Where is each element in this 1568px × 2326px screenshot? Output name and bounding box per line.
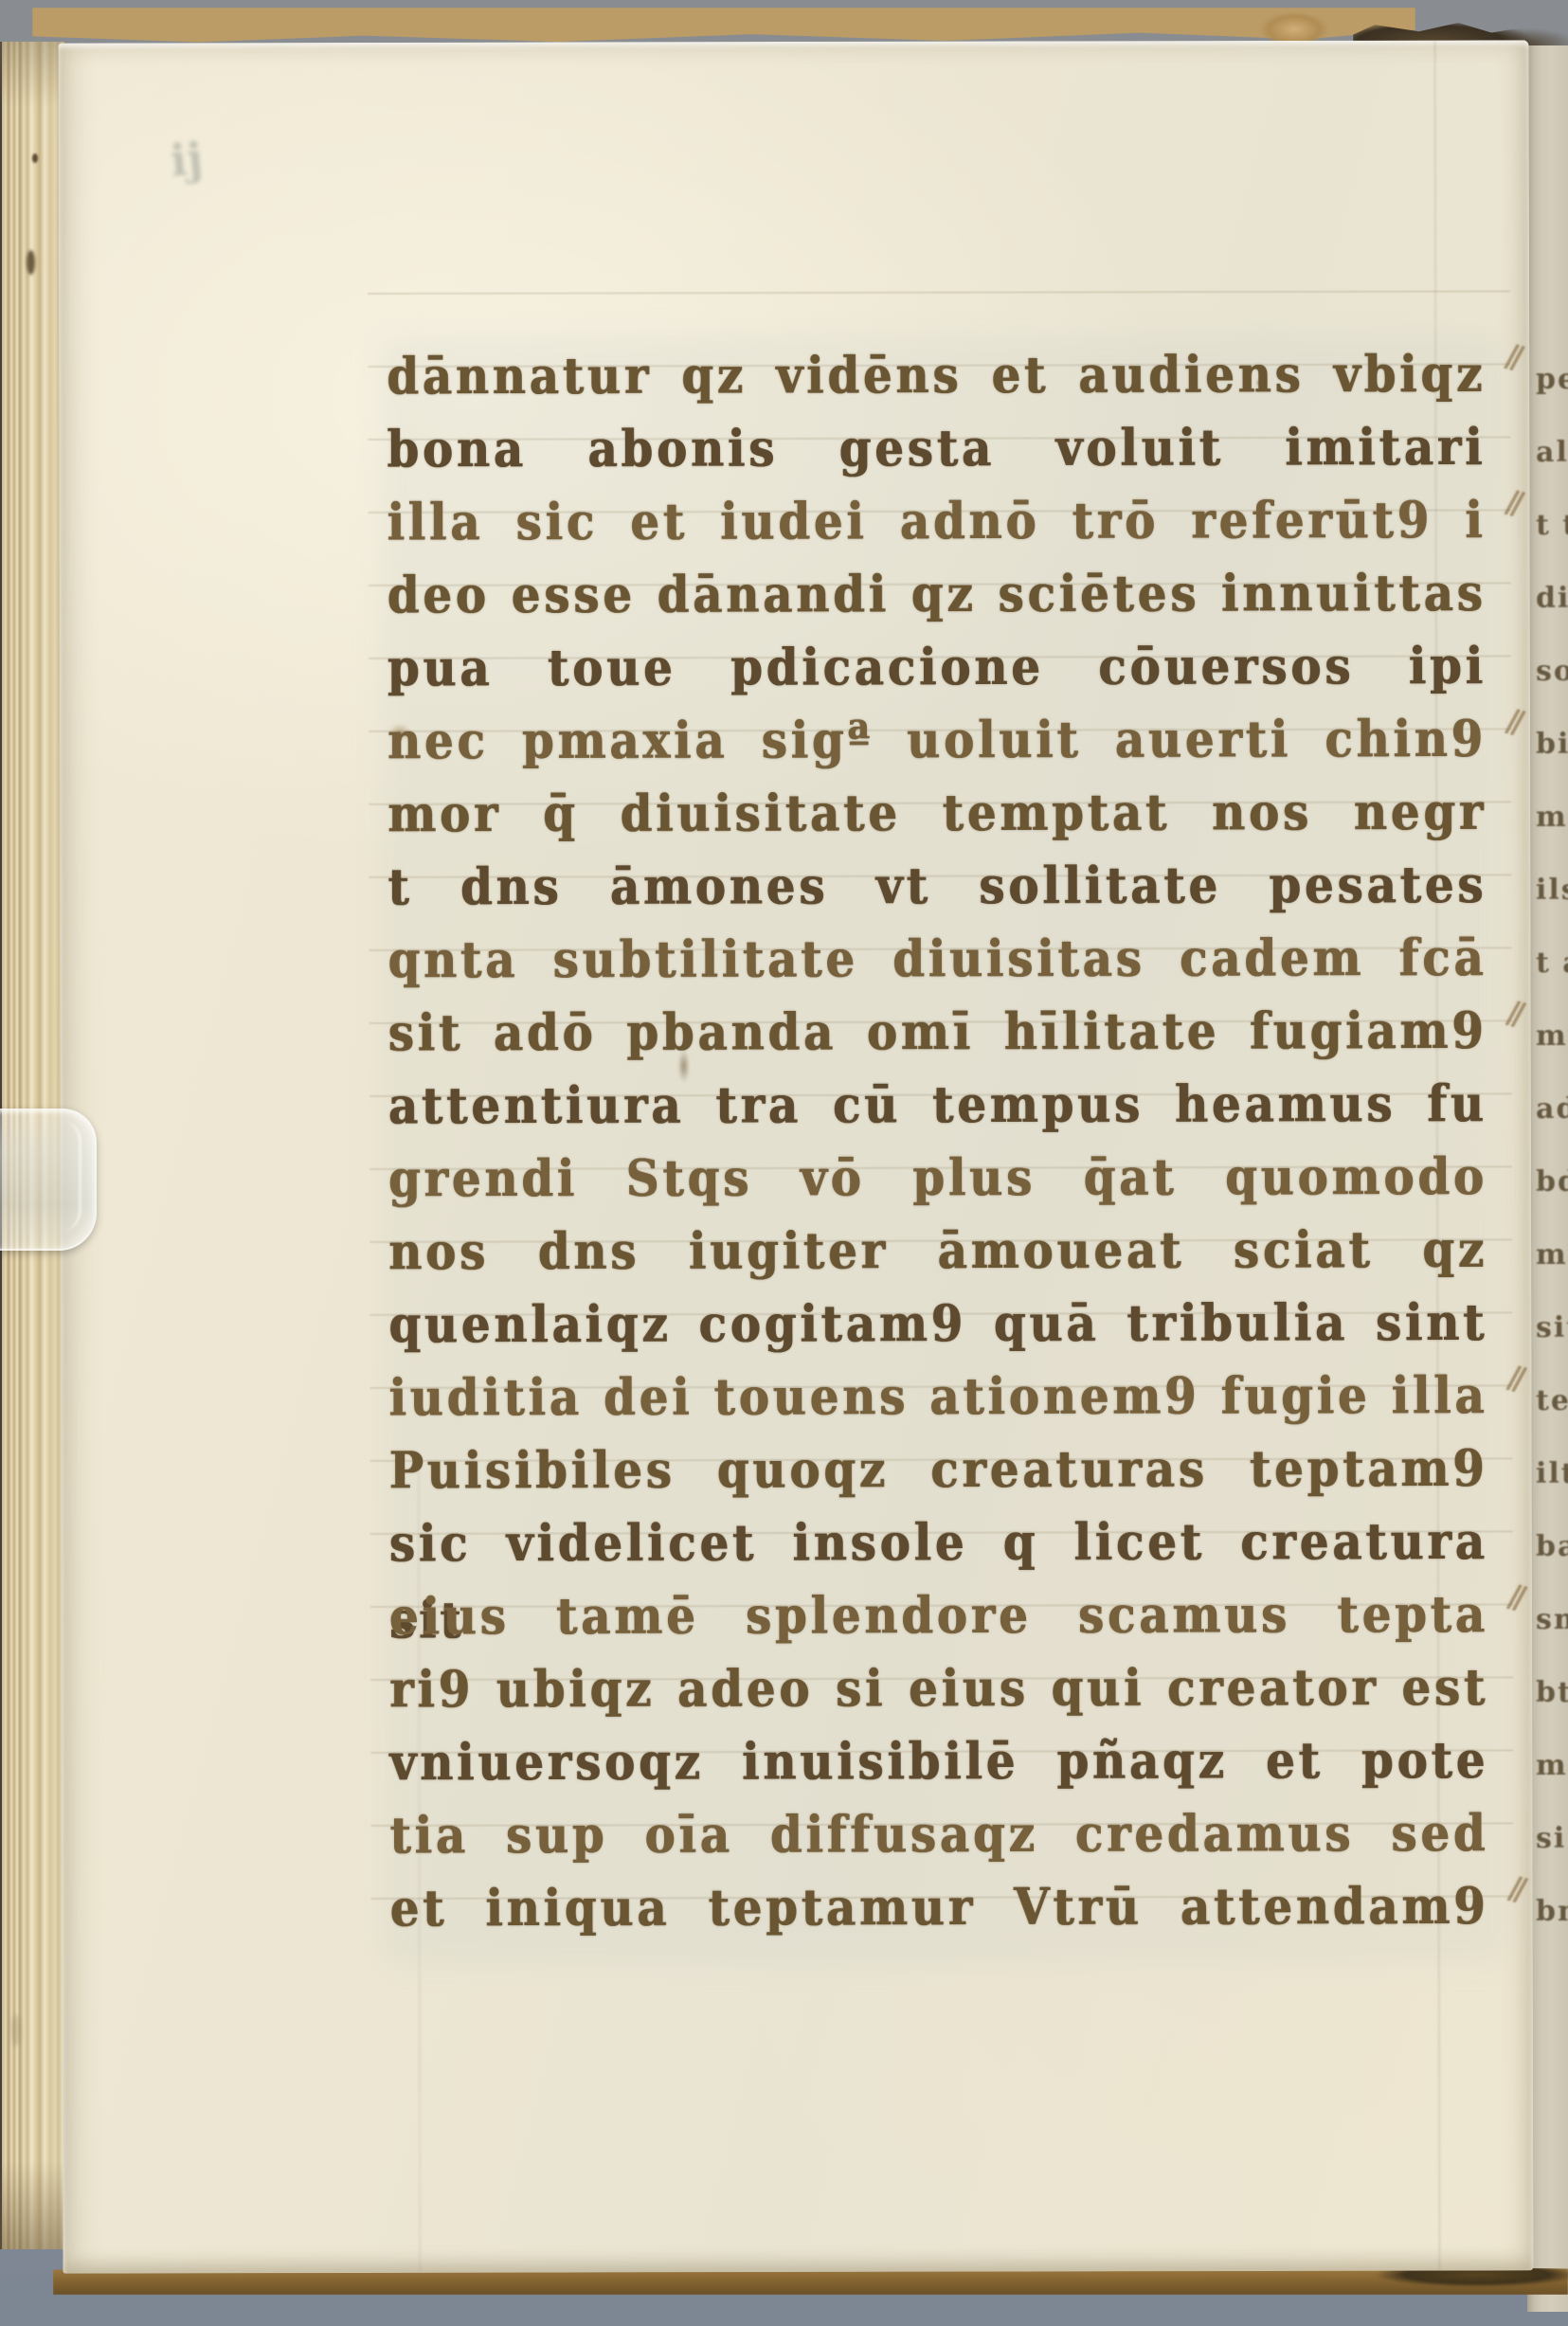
next-leaf-text-fragment: t t [1536,489,1568,562]
next-leaf-text-fragment: mt [1536,1000,1568,1073]
manuscript-line: tia sup oīa diffusaqz credamus sed [389,1795,1488,1880]
next-leaf-text-fragment: te [1536,1364,1568,1437]
ruling-lines [59,40,1529,43]
next-leaf-text-fragment: sm [1536,1583,1568,1656]
next-leaf-text-fragment: din [1536,562,1568,635]
manuscript-line: eius tamē splendore scamus tepta∕∕ [389,1577,1488,1661]
next-leaf-showthrough-text: pealft tdinsobismiilst amtadbdmisitteilt… [1536,343,1568,1948]
next-leaf-text-fragment: so [1536,635,1568,708]
next-leaf-text-fragment: mi [1536,781,1568,854]
next-leaf-text-fragment: ba [1536,1510,1568,1583]
clip-sheen [60,1120,81,1232]
next-leaf-text-fragment: pe [1536,343,1568,416]
manuscript-line: et iniqua teptamur Vtrū attendam9∕∕ [390,1868,1489,1953]
next-leaf-text-fragment: ma [1536,1729,1568,1802]
parchment-page: ij dānnatur qz vidēns et audiens vbiqz∕∕… [59,40,1534,2273]
ruling-line [368,290,1510,295]
next-leaf-text-fragment: t a [1536,927,1568,1000]
manuscript-line: ri9 ubiqz adeo si eius qui creator est [389,1650,1488,1734]
manuscript-line: nec pmaxia sigª uoluit auerti chin9∕∕ [387,701,1487,785]
next-leaf-text-fragment: sit [1536,1291,1568,1364]
manuscript-photo: pealft tdinsobismiilst amtadbdmisitteilt… [0,0,1568,2326]
manuscript-line: pua toue pdicacione cōuersos ipi [387,628,1487,712]
next-leaf-text-fragment: alf [1536,416,1568,489]
next-leaf-text-fragment: si [1536,1802,1568,1875]
manuscript-line: deo esse dānandi qz sciētes innuittas [387,555,1487,640]
manuscript-line: sic videlicet insole q licet creatura si… [389,1504,1488,1588]
next-leaf-text-fragment: mi [1536,1218,1568,1291]
next-leaf-text-fragment: bd [1536,1145,1568,1218]
manuscript-line: sit adō pbanda omī hīlitate fugiam9∕∕ [388,993,1487,1077]
manuscript-line: mor q̄ diuisitate temptat nos negr [387,774,1487,858]
manuscript-line: illa sic et iudei adnō trō referūt9 i∕∕ [387,482,1487,567]
next-leaf-edge: pealft tdinsobismiilst amtadbdmisitteilt… [1527,45,1568,2312]
edge-speck [32,153,38,163]
edge-speck [27,250,35,275]
text-block: dānnatur qz vidēns et audiens vbiqz∕∕bon… [387,341,1489,1948]
manuscript-line: bona abonis gesta voluit imitari [387,409,1486,494]
manuscript-line: iuditia dei touens ationem9 fugie illa∕∕ [388,1358,1487,1442]
next-leaf-text-fragment: bt [1536,1656,1568,1729]
manuscript-line: qnta subtilitate diuisitas cadem fcā [387,920,1487,1004]
faint-folio-mark: ij [168,133,205,187]
next-leaf-text-fragment: bis [1536,708,1568,781]
next-leaf-text-fragment: ad [1536,1073,1568,1145]
edge-speck [11,2014,21,2047]
book-top-edge [32,8,1415,44]
manuscript-line: vniuersoqz inuisibilē pñaqz et pote [389,1722,1488,1807]
manuscript-line: nos dns iugiter āmoueat sciat qz [388,1212,1487,1296]
next-leaf-text-fragment: bm [1536,1875,1568,1948]
next-leaf-text-fragment: ilt [1536,1437,1568,1510]
manuscript-line: grendi Stqs vō plus q̄at quomodo [388,1139,1487,1223]
manuscript-line: dānnatur qz vidēns et audiens vbiqz∕∕ [387,336,1486,421]
manuscript-line: quenlaiqz cogitam9 quā tribulia sint [388,1285,1487,1369]
next-leaf-text-fragment: ils [1536,854,1568,927]
translucent-page-clip [0,1109,97,1251]
margin-flourish: ∕∕ [1503,337,1522,376]
manuscript-line: Puisibiles quoqz creaturas teptam9 [389,1431,1488,1515]
manuscript-line: attentiura tra cū tempus heamus fu [388,1066,1487,1150]
manuscript-line: t dns āmones vt sollitate pesates [387,847,1487,931]
